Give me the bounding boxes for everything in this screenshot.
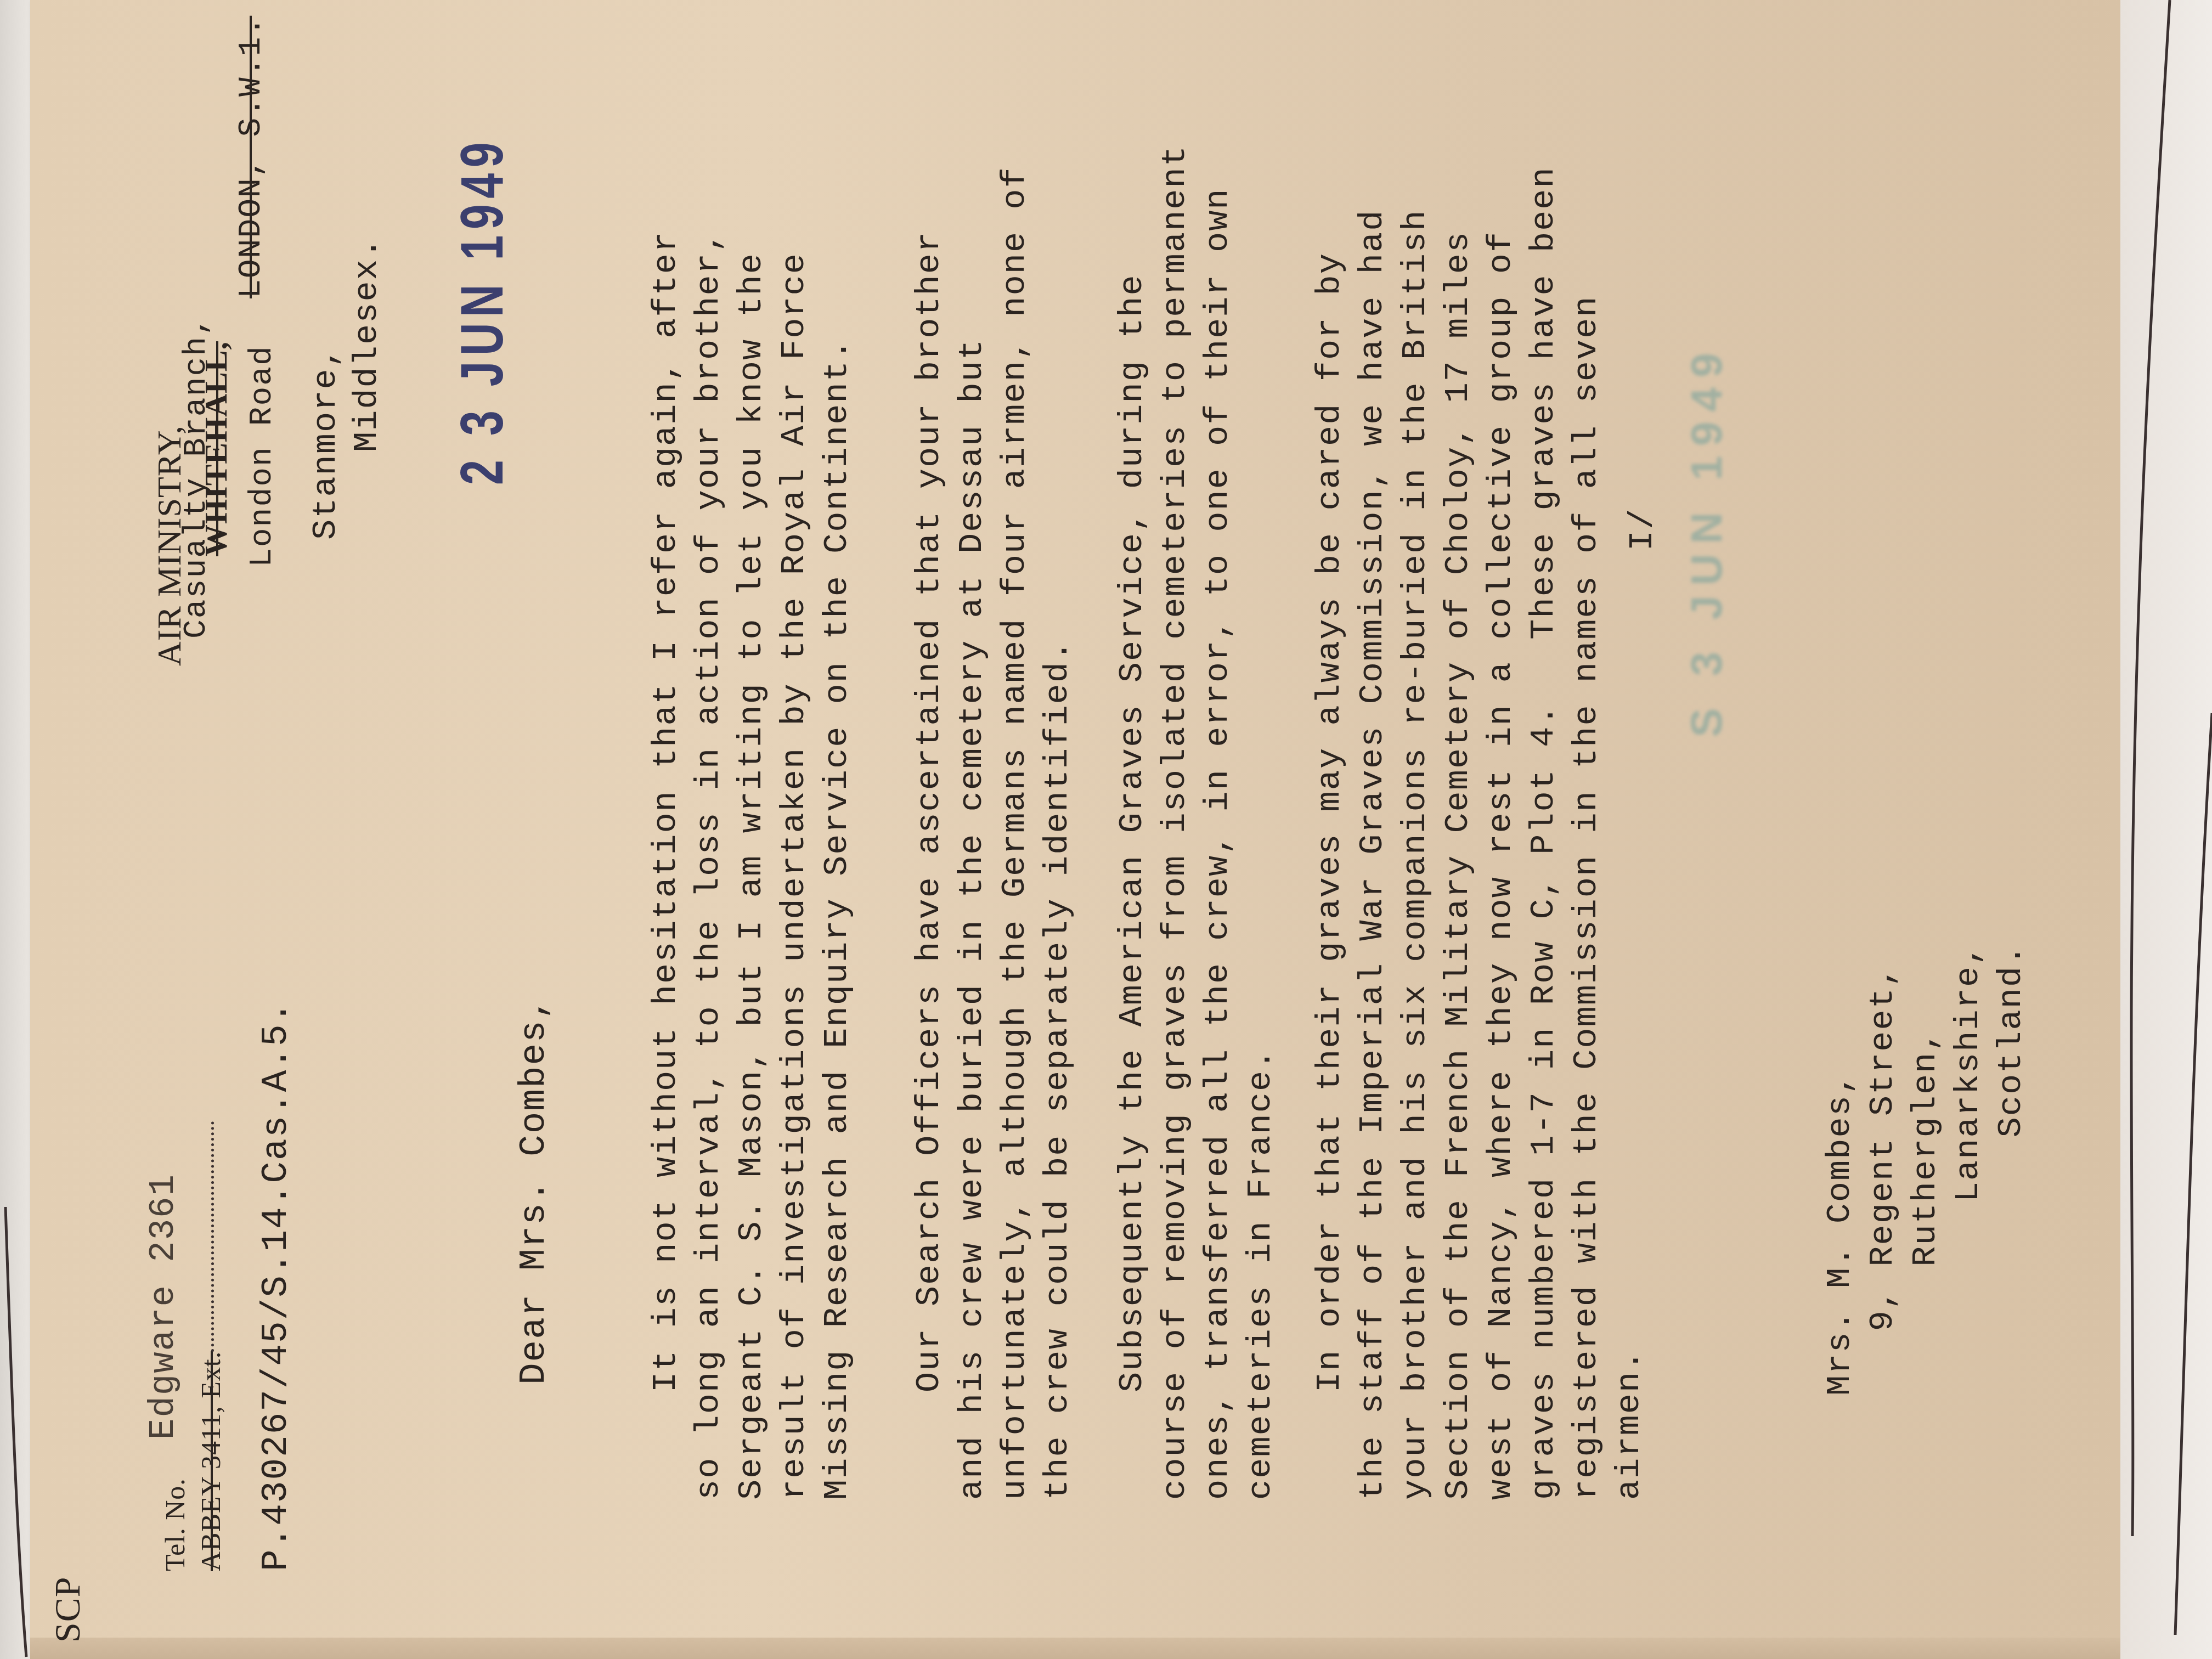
body-line: Sergeant C. S. Mason, but I am writing t…: [730, 252, 773, 1500]
tel-ext-dots: [211, 1121, 214, 1352]
salutation: Dear Mrs. Combes,: [513, 997, 556, 1385]
body-line: and his crew were buried in the cemetery…: [951, 338, 994, 1500]
body-line: ones, transferred all the crew, in error…: [1197, 188, 1239, 1500]
body-line: your brother and his six companions re-b…: [1394, 210, 1437, 1500]
sender-street-struck: WHITEHALL,: [195, 341, 238, 556]
corner-mark: SCP: [47, 1577, 89, 1643]
recipient-line: Mrs. M. Combes,: [1819, 1073, 1861, 1396]
body-line: airmen.: [1608, 1350, 1651, 1500]
binder-line-left: [0, 1207, 33, 1659]
recipient-line: 9, Regent Street,: [1861, 966, 1904, 1396]
body-line: so long an interval, to the loss in acti…: [687, 231, 730, 1500]
body-line: result of investigations undertaken by t…: [773, 252, 816, 1500]
reference-number: P.430267/45/S.14.Cas.A.5.: [255, 1001, 298, 1571]
sender-street: London Road: [241, 345, 284, 567]
body-line: Our Search Officers have ascertained tha…: [908, 231, 951, 1500]
binder-lines-right: [2120, 0, 2212, 1659]
body-line: registered with the Commission in the na…: [1565, 295, 1608, 1500]
body-line: the crew could be separately identified.: [1036, 640, 1079, 1500]
date-stamp: 2 3 JUN 1949: [447, 137, 517, 485]
body-line: Section of the French Military Cemetery …: [1437, 231, 1480, 1500]
sender-city-struck: LONDON, S.W.1.: [230, 16, 273, 298]
recipient-line: Lanarkshire,: [1947, 944, 1990, 1396]
body-line: It is not without hesitation that I refe…: [645, 231, 687, 1500]
sender-town: Stanmore,: [304, 346, 347, 540]
body-line: In order that their graves may always be…: [1308, 252, 1351, 1500]
tel-number: Edgware 2361: [143, 1173, 185, 1440]
body-line: the staff of the Imperial War Graves Com…: [1351, 210, 1394, 1500]
recipient-line: Scotland.: [1990, 944, 2033, 1396]
body-line: graves numbered 1-7 in Row C, Plot 4. Th…: [1522, 166, 1565, 1500]
letter: SCP Tel. No. Edgware 2361 ABBEY 3411, Ex…: [30, 0, 2120, 1659]
body-line: unfortunately, although the Germans name…: [994, 166, 1036, 1500]
body-line: course of removing graves from isolated …: [1154, 145, 1197, 1500]
tel-struck: ABBEY 3411, Ext.: [189, 1351, 232, 1571]
continuation-mark: I/: [1621, 508, 1664, 551]
body-line: west of Nancy, where they now rest in a …: [1480, 231, 1522, 1500]
received-stamp: S 3 JUN 1949: [1681, 343, 1732, 737]
sender-county: Middlesex.: [346, 237, 388, 452]
body-line: Missing Research and Enquiry Service on …: [816, 338, 859, 1500]
recipient-line: Rutherglen,: [1904, 1030, 1947, 1396]
body-line: cemeteries in France.: [1239, 1048, 1282, 1500]
body-line: Subsequently the American Graves Service…: [1111, 274, 1154, 1500]
